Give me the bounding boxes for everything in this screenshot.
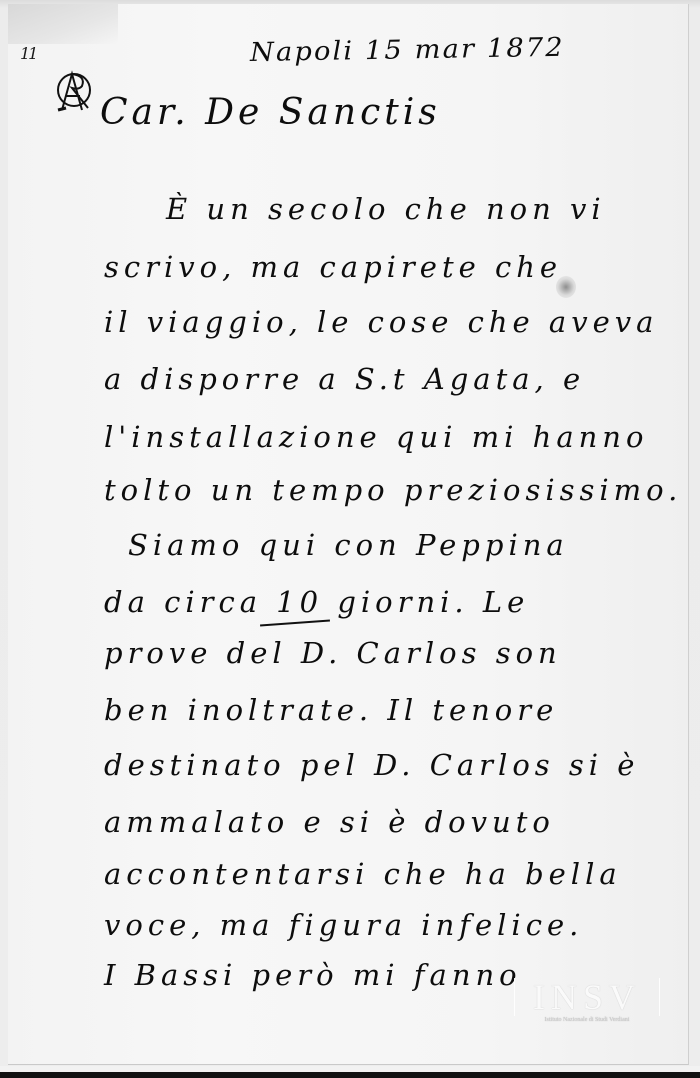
letter-line: prove del D. Carlos son <box>104 636 562 670</box>
place-date: Napoli 15 mar 1872 <box>250 33 565 68</box>
institute-watermark: INSV Istituto Nazionale di Studi Verdian… <box>514 978 660 1030</box>
letter-line: l'installazione qui mi hanno <box>104 420 648 454</box>
watermark-logo: INSV <box>514 978 660 1016</box>
letter-line: destinato pel D. Carlos si è <box>104 748 639 782</box>
letter-line: ammalato e si è dovuto <box>104 805 555 839</box>
archive-monogram-stamp-icon <box>52 70 96 118</box>
scan-bottom-border <box>0 1072 700 1078</box>
salutation: Car. De Sanctis <box>100 92 441 133</box>
letter-line: ben inoltrate. Il tenore <box>104 693 558 727</box>
folio-number: 11 <box>20 44 36 63</box>
letter-line: È un secolo che non vi <box>166 192 606 226</box>
paper-corner-fold <box>8 4 118 44</box>
letter-line: voce, ma figura infelice. <box>104 908 583 942</box>
ink-smudge <box>556 276 576 298</box>
letter-line: accontentarsi che ha bella <box>104 857 622 891</box>
letter-line: Siamo qui con Peppina <box>128 528 569 562</box>
letter-line: tolto un tempo preziosissimo. <box>104 473 682 507</box>
letter-line: il viaggio, le cose che aveva <box>104 305 658 339</box>
watermark-subtitle: Istituto Nazionale di Studi Verdiani <box>514 1016 660 1024</box>
letter-line: scrivo, ma capirete che <box>104 250 562 284</box>
letter-line: a disporre a S.t Agata, e <box>104 362 585 396</box>
letter-line: I Bassi però mi fanno <box>104 958 522 992</box>
letter-line: da circa 10 giorni. Le <box>104 585 529 619</box>
